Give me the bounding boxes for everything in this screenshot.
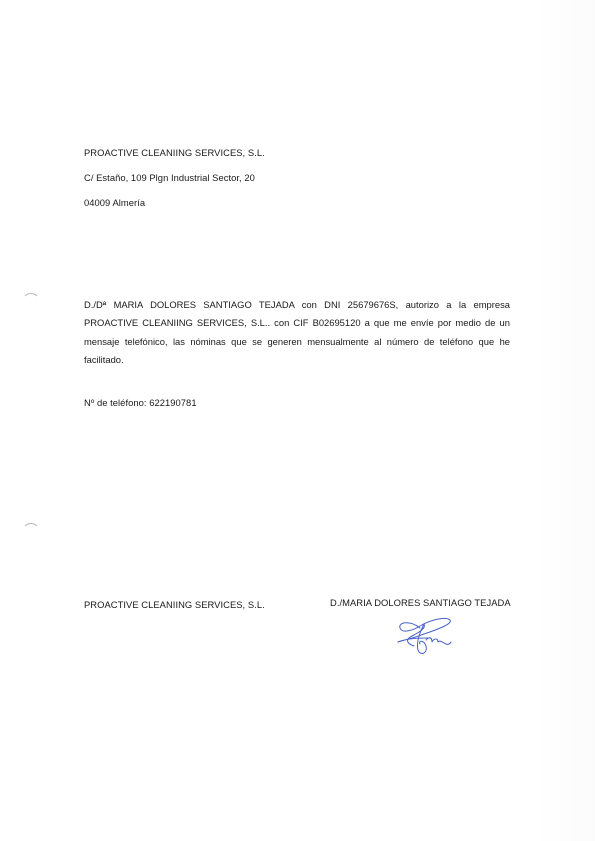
paragraph-line: mensaje telefónico, las nóminas que se g… xyxy=(84,333,510,351)
authorization-paragraph: D./Dª MARIA DOLORES SANTIAGO TEJADA con … xyxy=(84,296,510,369)
person-signature-label: D./MARIA DOLORES SANTIAGO TEJADA xyxy=(330,597,511,609)
addressee-company: PROACTIVE CLEANIING SERVICES, S.L. xyxy=(84,147,265,159)
company-signature-label: PROACTIVE CLEANIING SERVICES, S.L. xyxy=(84,599,265,611)
document-page: PROACTIVE CLEANIING SERVICES, S.L. C/ Es… xyxy=(0,0,595,841)
handwritten-signature-icon xyxy=(390,614,462,660)
paragraph-line: facilitado. xyxy=(84,351,510,369)
addressee-address: C/ Estaño, 109 Plgn Industrial Sector, 2… xyxy=(84,172,255,184)
addressee-city: 04009 Almería xyxy=(84,197,145,209)
phone-number-line: Nº de teléfono: 622190781 xyxy=(84,397,197,409)
paragraph-line: PROACTIVE CLEANIING SERVICES, S.L.. con … xyxy=(84,314,510,332)
scan-shading xyxy=(535,0,595,841)
punch-hole-top-icon xyxy=(22,293,40,311)
punch-hole-bottom-icon xyxy=(22,523,40,541)
paragraph-line: D./Dª MARIA DOLORES SANTIAGO TEJADA con … xyxy=(84,296,510,314)
